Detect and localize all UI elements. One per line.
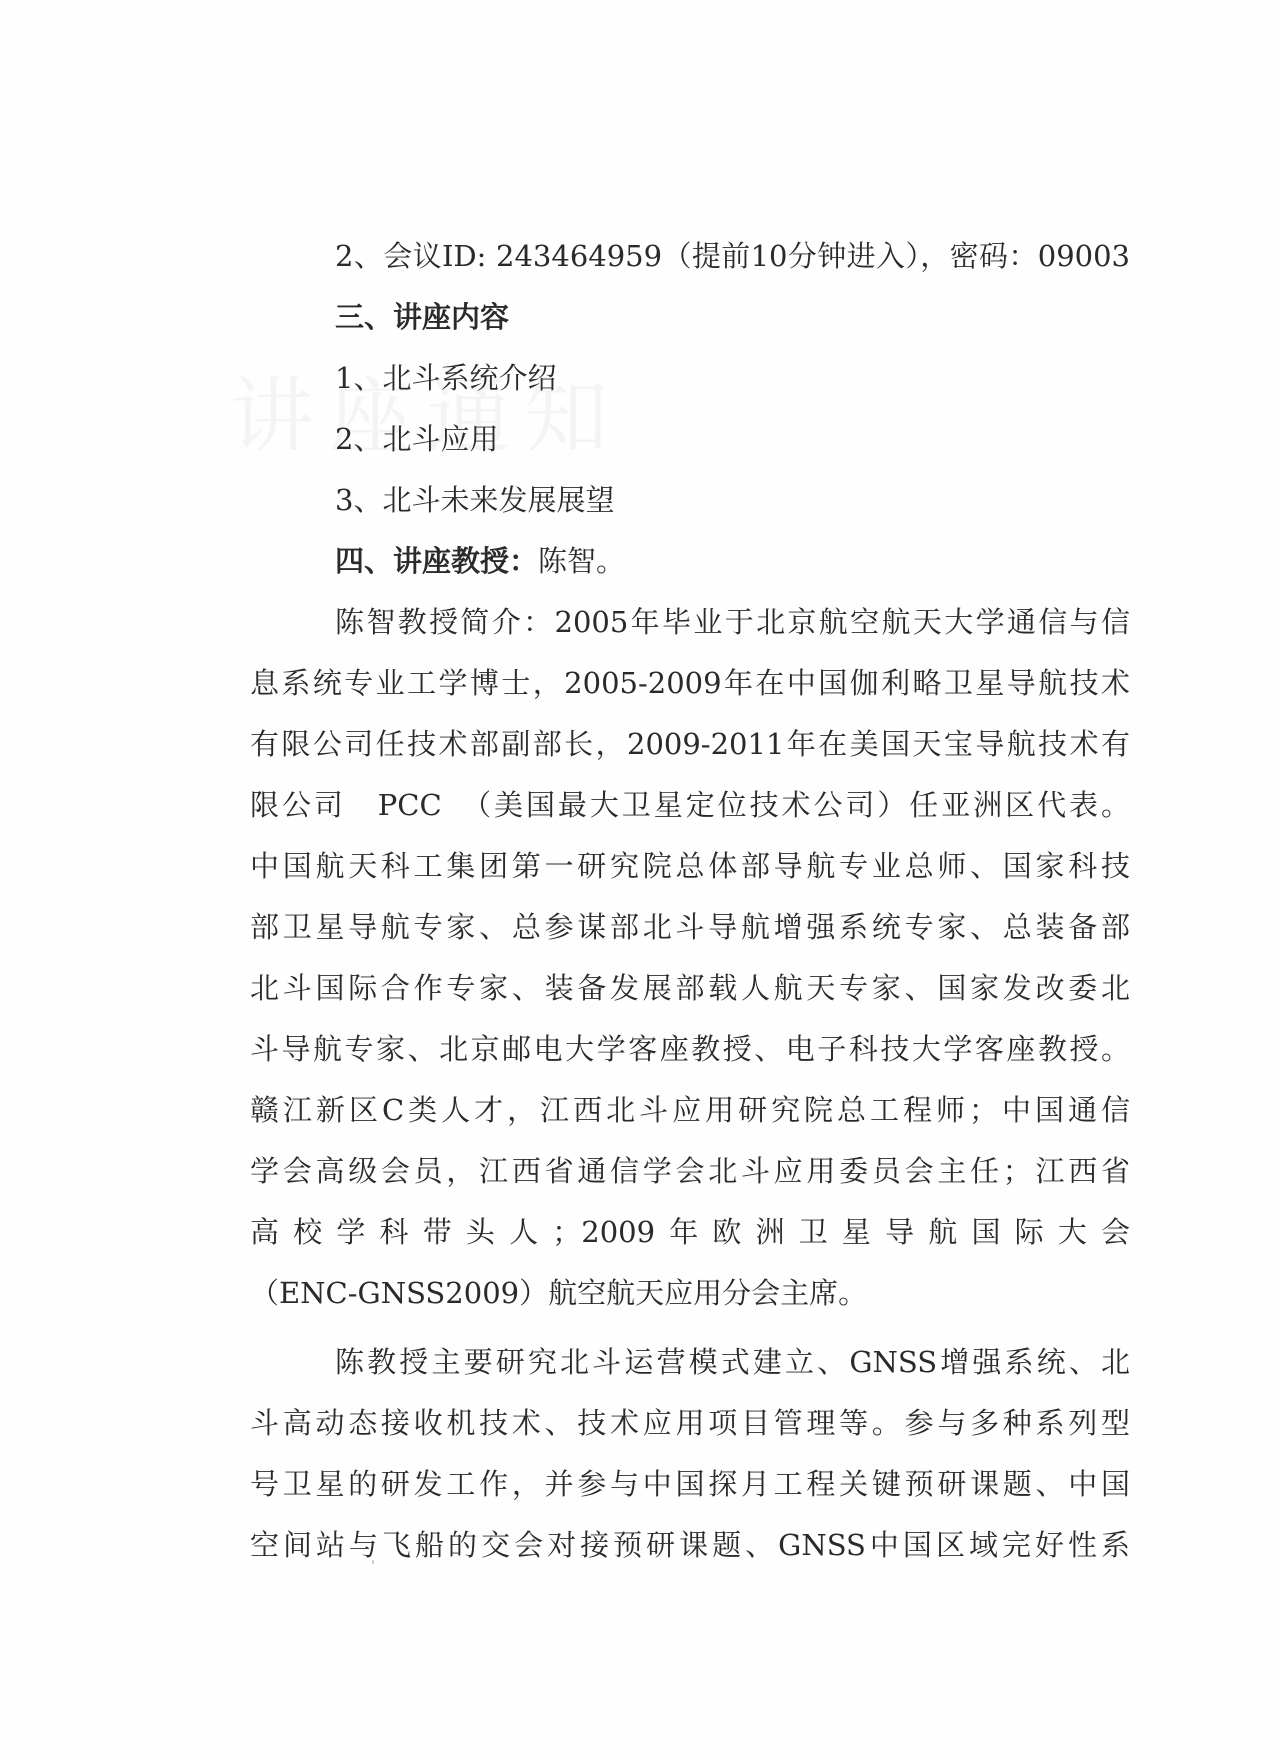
bio-line: 有限公司任技术部副部长，2009-2011年在美国天宝导航技术有 [250,724,1130,764]
bio-line: 赣江新区C类人才，江西北斗应用研究院总工程师；中国通信 [250,1090,1130,1130]
research-line: 斗高动态接收机技术、技术应用项目管理等。参与多种系列型 [250,1403,1130,1443]
section4-line: 四、讲座教授：陈智。 [335,541,625,581]
bio-line: 陈智教授简介：2005年毕业于北京航空航天大学通信与信 [335,602,1130,642]
lecture-item-2: 2、北斗应用 [335,419,498,459]
bio-line: 限公司 PCC （美国最大卫星定位技术公司）任亚洲区代表。 [250,785,1130,825]
scan-speck [372,1560,374,1564]
meeting-id-line: 2、会议ID: 243464959（提前10分钟进入），密码：09003 [335,236,1130,276]
bio-line: 部卫星导航专家、总参谋部北斗导航增强系统专家、总装备部 [250,907,1130,947]
scanned-page: 讲座通知 2、会议ID: 243464959（提前10分钟进入），密码：0900… [0,0,1280,1760]
research-line: 空间站与飞船的交会对接预研课题、GNSS中国区域完好性系 [250,1525,1130,1565]
bio-line: 北斗国际合作专家、装备发展部载人航天专家、国家发改委北 [250,968,1130,1008]
bio-line: 息系统专业工学博士，2005-2009年在中国伽利略卫星导航技术 [250,663,1130,703]
lecture-item-3: 3、北斗未来发展展望 [335,480,614,520]
research-line: 陈教授主要研究北斗运营模式建立、GNSS增强系统、北 [335,1342,1130,1382]
bio-line: 高校学科带头人；2009年欧洲卫星导航国际大会 [250,1212,1130,1252]
scan-speck [585,1115,587,1118]
lecture-item-1: 1、北斗系统介绍 [335,358,556,398]
bio-line: （ENC-GNSS2009）航空航天应用分会主席。 [250,1273,1130,1313]
bio-line: 学会高级会员，江西省通信学会北斗应用委员会主任；江西省 [250,1151,1130,1191]
professor-name: 陈智。 [538,544,625,578]
section4-heading: 四、讲座教授： [335,544,538,578]
bio-line: 中国航天科工集团第一研究院总体部导航专业总师、国家科技 [250,846,1130,886]
section3-heading: 三、讲座内容 [335,297,509,337]
bio-line: 斗导航专家、北京邮电大学客座教授、电子科技大学客座教授。 [250,1029,1130,1069]
research-line: 号卫星的研发工作，并参与中国探月工程关键预研课题、中国 [250,1464,1130,1504]
